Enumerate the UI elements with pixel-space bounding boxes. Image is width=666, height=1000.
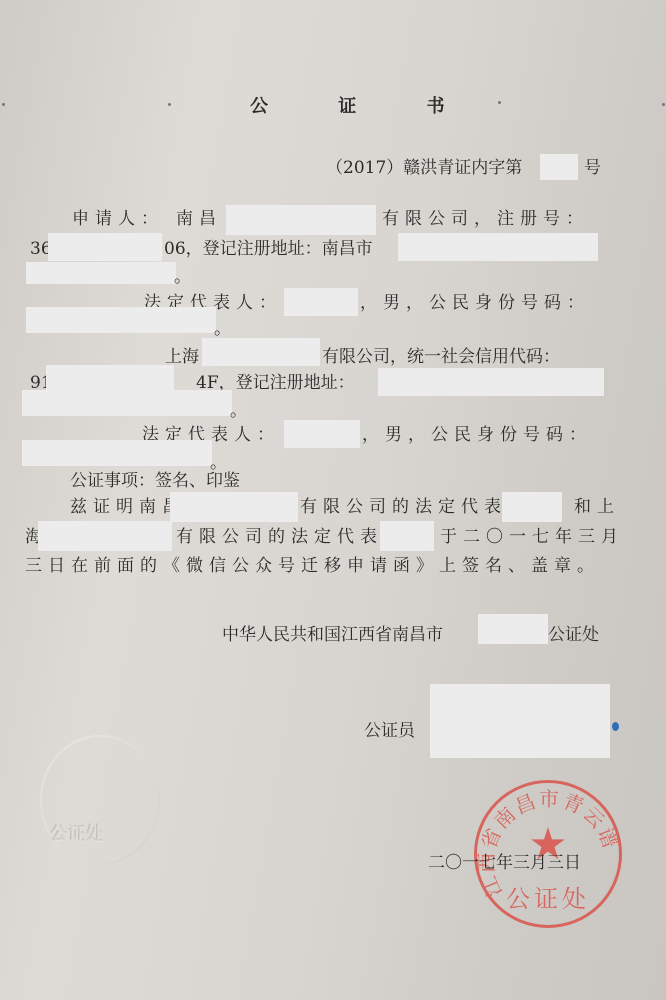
applicant-1-gender-id-label: ，男，公民身份号码：: [360, 292, 590, 314]
reference-number-suffix: 号: [584, 157, 601, 179]
document-title: 公 证 书: [250, 96, 477, 118]
statement-line-2c: 于二〇一七年三月: [440, 526, 624, 548]
reference-number-prefix: （2017）赣洪青证内字第: [326, 157, 522, 179]
notarial-matter: 公证事项：签名、印鉴: [70, 470, 240, 492]
redacted-applicant-2-legal-rep: [284, 420, 360, 448]
statement-line-1b: 有限公司的法定代表人: [300, 496, 530, 518]
statement-line-3: 三日在前面的《微信公众号迁移申请函》上签名、盖章。: [25, 555, 600, 577]
paper-speck: [2, 103, 5, 106]
applicant-label: 申请人：: [72, 208, 164, 230]
redacted-office-district: [478, 614, 548, 644]
applicant-2-company-suffix: 有限公司，统一社会信用代码：: [322, 346, 560, 368]
redacted-reference-number: [540, 154, 578, 180]
issue-date: 二〇一七年三月三日: [428, 852, 581, 874]
redacted-applicant-2-company: [202, 338, 320, 366]
paper-speck: [662, 103, 665, 106]
redacted-applicant-2-address: [378, 368, 604, 396]
applicant-1-period-2: 。: [214, 318, 231, 340]
redacted-statement-rep-1: [502, 492, 562, 522]
redacted-applicant-1-legal-rep: [284, 288, 358, 316]
applicant-2-gender-id-label: ，男，公民身份号码：: [362, 424, 592, 446]
embossed-seal-text: 公证处: [50, 820, 104, 846]
notarial-certificate-page: 公 证 书 （2017）赣洪青证内字第 号 申请人： 南昌 有限公司，注册号： …: [0, 0, 666, 1000]
redacted-statement-company-1: [170, 492, 298, 522]
statement-line-1c: 和上: [574, 496, 620, 518]
applicant-1-period: 。: [174, 266, 191, 288]
notary-label: 公证员: [364, 720, 415, 742]
redacted-applicant-2-address-cont: [22, 390, 232, 416]
seal-bottom-text: 公证处: [477, 879, 619, 914]
applicant-1-reg-no-suffix: 06，登记注册地址：南昌市: [164, 238, 373, 260]
redacted-notary-signature: [430, 684, 610, 758]
redacted-applicant-1-address: [398, 233, 598, 261]
ink-blot: [612, 722, 619, 731]
statement-line-2b: 有限公司的法定代表人: [176, 526, 406, 548]
statement-line-1a: 兹证明南昌: [70, 496, 185, 518]
applicant-1-company-suffix: 有限公司，注册号：: [382, 208, 589, 230]
redacted-applicant-1-address-cont: [26, 262, 176, 284]
redacted-applicant-1-company: [226, 205, 376, 235]
notary-office-prefix: 中华人民共和国江西省南昌市: [222, 624, 443, 646]
applicant-1-city: 南昌: [176, 208, 222, 230]
paper-speck: [498, 101, 501, 104]
notary-office-suffix: 公证处: [548, 624, 599, 646]
redacted-statement-company-2: [38, 521, 172, 551]
redacted-applicant-1-id-number: [26, 307, 216, 333]
paper-speck: [168, 103, 171, 106]
redacted-applicant-2-id-number: [22, 440, 212, 466]
applicant-2-period: 。: [230, 400, 247, 422]
redacted-registration-number: [48, 233, 162, 261]
redacted-statement-rep-2: [380, 521, 434, 551]
